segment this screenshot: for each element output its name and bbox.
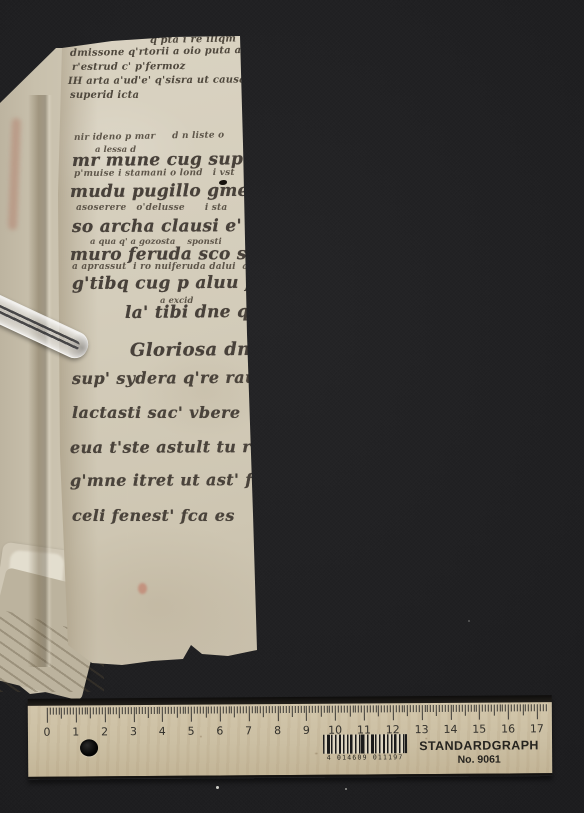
- ruler-tick: [93, 707, 94, 714]
- ruler-tick: [410, 705, 411, 712]
- ruler-tick: [361, 705, 362, 712]
- ruler-tick: [246, 706, 247, 713]
- ruler-tick: [211, 707, 212, 714]
- ruler-tick: [439, 705, 440, 712]
- ruler-tick: [176, 707, 177, 718]
- ruler-tick: [162, 707, 163, 722]
- ruler-tick: [427, 705, 428, 712]
- ruler-tick: [122, 707, 123, 714]
- ruler-tick: [505, 704, 506, 711]
- ruler-cm-label: 15: [467, 723, 491, 736]
- ruler-tick: [534, 704, 535, 711]
- ruler-tick: [228, 706, 229, 713]
- ruler-tick: [476, 705, 477, 712]
- ruler-tick: [485, 705, 486, 712]
- ruler-tick: [352, 706, 353, 713]
- ruler-tick: [358, 706, 359, 713]
- ruler-tick: [447, 705, 448, 712]
- ruler-cm-label: 8: [266, 724, 290, 737]
- ruler-tick: [217, 707, 218, 714]
- ruler-tick: [517, 704, 518, 711]
- ruler-tick: [220, 706, 221, 721]
- ruler-tick: [462, 705, 463, 712]
- ruler-tick: [309, 706, 310, 713]
- manuscript-text-line: g'mne itret ut ast' fleb: [70, 472, 281, 489]
- ruler-tick: [344, 706, 345, 713]
- ruler-tick: [47, 708, 48, 723]
- ruler-tick: [104, 707, 105, 722]
- ruler-tick: [424, 705, 425, 712]
- ruler-tick: [73, 708, 74, 715]
- ruler-tick: [243, 706, 244, 713]
- ruler-tick: [318, 706, 319, 713]
- ruler-tick: [329, 706, 330, 713]
- ruler-tick: [205, 707, 206, 718]
- ruler-tick: [139, 707, 140, 714]
- ruler-tick: [286, 706, 287, 713]
- manuscript-text-line: celi fenest' fca es u: [72, 508, 283, 524]
- ruler-tick: [151, 707, 152, 714]
- ruler-tick: [260, 706, 261, 713]
- dust-speck: [345, 788, 347, 790]
- ruler-tick: [430, 705, 431, 712]
- ruler-tick: [416, 705, 417, 712]
- ruler-tick: [197, 707, 198, 714]
- ruler-tick: [191, 707, 192, 722]
- red-stain: [138, 583, 147, 594]
- ruler-cm-label: 1: [64, 725, 88, 738]
- ruler-tick: [119, 707, 120, 718]
- ruler-tick: [292, 706, 293, 717]
- ruler-tick: [459, 705, 460, 712]
- ruler-tick: [110, 707, 111, 714]
- book-gutter-fold: [28, 95, 52, 667]
- ruler-tick: [136, 707, 137, 714]
- barcode-digits: 4 014609 011197: [323, 753, 407, 762]
- ruler-tick: [465, 705, 466, 716]
- ruler-tick: [346, 706, 347, 713]
- ruler-tick: [407, 705, 408, 716]
- ruler-tick: [540, 704, 541, 711]
- ruler-cm-label: 5: [179, 725, 203, 738]
- manuscript-text-line: superid icta: [70, 91, 139, 101]
- ruler-tick: [84, 707, 85, 714]
- manuscript-text-line: nir ideno p mar d n liste o: [74, 131, 225, 143]
- ruler-tick: [444, 705, 445, 712]
- ruler-tick: [225, 706, 226, 713]
- ruler-cm-label: 9: [294, 724, 318, 737]
- ruler-tick: [289, 706, 290, 713]
- ruler-tick: [90, 707, 91, 718]
- ruler-tick: [312, 706, 313, 713]
- ruler-tick: [156, 707, 157, 714]
- ruler-tick: [326, 706, 327, 713]
- ruler-tick: [280, 706, 281, 713]
- ruler-tick: [248, 706, 249, 721]
- manuscript-text-line: p'muise i stamani o lond i vst: [74, 169, 235, 179]
- ruler-tick: [413, 705, 414, 712]
- manuscript-text-line: asoserere o'delusse i sta: [76, 204, 227, 213]
- ruler-tick: [96, 707, 97, 714]
- ruler-tick: [251, 706, 252, 713]
- barcode-bars: [323, 734, 407, 754]
- ruler-tick: [102, 707, 103, 714]
- wooden-ruler: 01234567891011121314151617 4 014609 0111…: [28, 695, 553, 780]
- ruler-tick: [522, 704, 523, 715]
- ruler-tick: [182, 707, 183, 714]
- ruler-tick: [338, 706, 339, 713]
- ruler-tick: [165, 707, 166, 714]
- ruler-tick: [277, 706, 278, 721]
- ruler-tick: [488, 705, 489, 712]
- ruler-tick: [107, 707, 108, 714]
- ruler-tick: [99, 707, 100, 714]
- ruler-tick: [188, 707, 189, 714]
- ruler-tick: [542, 704, 543, 711]
- ruler-tick: [493, 705, 494, 716]
- manuscript-text-line: dmissone q'rtorii a oio puta ar: [70, 46, 247, 59]
- ruler-tick: [81, 707, 82, 714]
- ruler-tick: [76, 707, 77, 722]
- ruler-cm-label: 7: [237, 724, 261, 737]
- ruler-tick: [179, 707, 180, 714]
- ruler-tick: [453, 705, 454, 712]
- ruler-tick: [263, 706, 264, 717]
- ruler-tick: [367, 705, 368, 712]
- ruler-tick: [545, 704, 546, 711]
- manuscript-text-line: IH arta a'ud'e' q'sisra ut causa ut: [68, 75, 262, 87]
- ruler-tick: [272, 706, 273, 713]
- ruler-tick: [321, 706, 322, 717]
- ruler-tick: [306, 706, 307, 721]
- ruler-tick: [199, 707, 200, 714]
- ruler-tick: [491, 705, 492, 712]
- ruler-cm-label: 14: [438, 723, 462, 736]
- ruler-tick: [87, 707, 88, 714]
- ruler-tick: [375, 705, 376, 712]
- ruler-cm-label: 16: [496, 722, 520, 735]
- ruler-tick: [133, 707, 134, 722]
- ruler-tick: [335, 706, 336, 721]
- ruler-tick: [303, 706, 304, 713]
- ruler-tick: [398, 705, 399, 712]
- ruler-tick: [349, 706, 350, 717]
- ruler-tick: [202, 707, 203, 714]
- ruler-tick: [341, 706, 342, 713]
- ruler-cm-label: 6: [208, 724, 232, 737]
- ruler-tick: [433, 705, 434, 712]
- ruler-tick: [257, 706, 258, 713]
- ruler-cm-label: 4: [150, 725, 174, 738]
- ruler-tick: [419, 705, 420, 712]
- ruler-cm-label: 13: [410, 723, 434, 736]
- ruler-wood-face: 01234567891011121314151617 4 014609 0111…: [28, 702, 552, 779]
- ruler-tick: [364, 705, 365, 720]
- ruler-tick: [153, 707, 154, 714]
- ruler-tick: [295, 706, 296, 713]
- ruler-tick: [442, 705, 443, 712]
- ruler-tick: [130, 707, 131, 714]
- ruler-tick: [67, 708, 68, 715]
- ruler-tick: [381, 705, 382, 712]
- ruler-tick: [148, 707, 149, 718]
- ruler-tick: [223, 706, 224, 713]
- ruler-tick: [234, 706, 235, 717]
- ruler-tick: [64, 708, 65, 715]
- ruler-tick: [55, 708, 56, 715]
- ruler-tick: [528, 704, 529, 711]
- ruler-tick: [390, 705, 391, 712]
- ruler-tick: [78, 707, 79, 714]
- ruler-tick: [378, 705, 379, 716]
- ruler-tick: [237, 706, 238, 713]
- ruler-tick: [468, 705, 469, 712]
- ruler-tick: [436, 705, 437, 716]
- ruler-tick: [50, 708, 51, 715]
- ruler-tick: [208, 707, 209, 714]
- ruler-tick: [159, 707, 160, 714]
- manuscript-page: q'pta i re illqmdmissone q'rtorii a oio …: [52, 34, 264, 682]
- ruler-tick: [283, 706, 284, 713]
- ruler-tick: [421, 705, 422, 720]
- ruler-tick: [142, 707, 143, 714]
- ruler-tick: [514, 704, 515, 711]
- ruler-tick: [214, 707, 215, 714]
- ruler-tick: [254, 706, 255, 713]
- ruler-tick: [401, 705, 402, 712]
- ruler-tick: [300, 706, 301, 713]
- ruler-tick: [370, 705, 371, 712]
- ruler-tick: [482, 705, 483, 712]
- ruler-tick: [473, 705, 474, 712]
- ruler-tick: [395, 705, 396, 712]
- ruler-cm-label: 17: [525, 722, 549, 735]
- ruler-brand-label: STANDARDGRAPH: [412, 738, 546, 753]
- ruler-tick: [145, 707, 146, 714]
- ruler-tick: [450, 705, 451, 720]
- ruler-tick: [266, 706, 267, 713]
- ruler-cm-label: 0: [35, 726, 59, 739]
- dust-speck: [468, 620, 470, 622]
- ruler-tick: [174, 707, 175, 714]
- ruler-tick: [479, 705, 480, 720]
- ruler-tick: [269, 706, 270, 713]
- ruler-tick: [525, 704, 526, 711]
- ruler-tick: [127, 707, 128, 714]
- ruler-tick: [315, 706, 316, 713]
- ruler-tick: [508, 704, 509, 719]
- manuscript-text-line: r'estrud c' p'fermoz: [72, 62, 186, 73]
- ruler-tick: [185, 707, 186, 714]
- ruler-tick: [274, 706, 275, 713]
- ruler-tick: [456, 705, 457, 712]
- ruler-tick: [240, 706, 241, 713]
- ruler-tick: [470, 705, 471, 712]
- ruler-tick: [61, 708, 62, 719]
- ruler-cm-label: 3: [121, 725, 145, 738]
- ruler-tick: [499, 705, 500, 712]
- photo-scene: q'pta i re illqmdmissone q'rtorii a oio …: [0, 0, 584, 813]
- ruler-tick: [502, 705, 503, 712]
- dust-speck: [216, 786, 219, 789]
- ruler-tick: [168, 707, 169, 714]
- ruler-tick: [531, 704, 532, 711]
- ruler-tick: [384, 705, 385, 712]
- ruler-tick: [231, 706, 232, 713]
- ruler-tick: [372, 705, 373, 712]
- ruler-tick: [511, 704, 512, 711]
- ruler-tick: [194, 707, 195, 714]
- ruler-tick: [496, 705, 497, 712]
- ruler-model-label: No. 9061: [412, 753, 546, 766]
- ruler-tick: [113, 707, 114, 714]
- ruler-tick: [70, 708, 71, 715]
- ruler-tick: [332, 706, 333, 713]
- ruler-hole: [80, 739, 98, 756]
- ruler-tick: [297, 706, 298, 713]
- ruler-tick: [519, 704, 520, 711]
- ruler-tick: [387, 705, 388, 712]
- ruler-tick: [125, 707, 126, 714]
- ruler-tick: [53, 708, 54, 715]
- ruler-cm-label: 2: [93, 725, 117, 738]
- ruler-tick: [404, 705, 405, 712]
- barcode: 4 014609 011197: [323, 734, 407, 763]
- ruler-tick: [393, 705, 394, 720]
- ruler-tick: [58, 708, 59, 715]
- ruler-tick: [116, 707, 117, 714]
- ruler-tick: [537, 704, 538, 719]
- ruler-tick: [171, 707, 172, 714]
- ruler-tick: [355, 706, 356, 713]
- ruler-tick: [323, 706, 324, 713]
